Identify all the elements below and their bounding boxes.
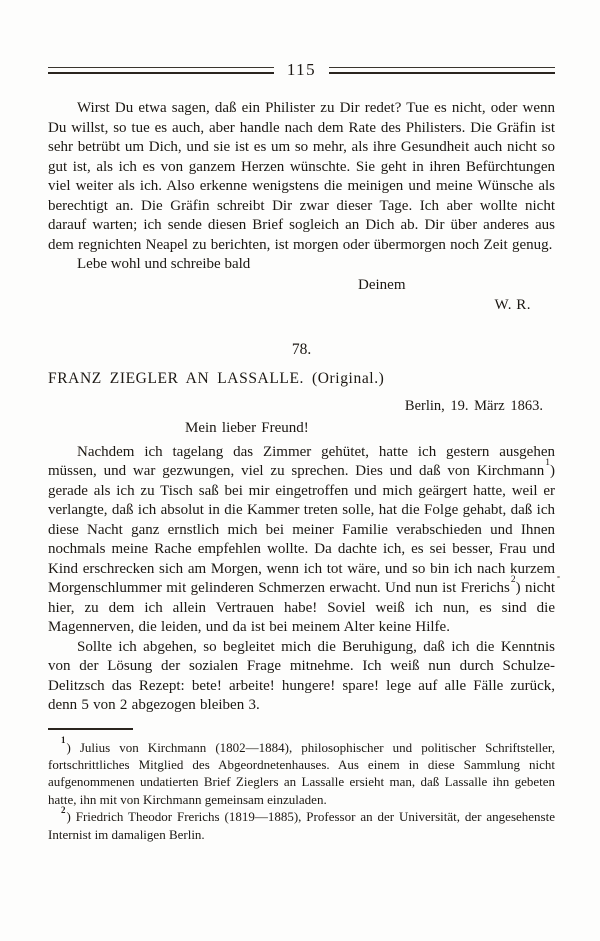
letter-heading: FRANZ ZIEGLER AN LASSALLE. (Original.): [48, 368, 555, 389]
footnote-1: 1) Julius von Kirchmann (1802—1884), phi…: [48, 739, 555, 809]
paragraph-text: Nachdem ich tagelang das Zimmer gehütet,…: [48, 444, 555, 480]
footnote-text: ) Friedrich Theodor Frerichs (1819—1885)…: [48, 809, 555, 841]
footnote-reference-2: 2: [511, 575, 516, 585]
valediction: Deinem: [48, 276, 555, 296]
footnote-text: ) Julius von Kirchmann (1802—1884), phil…: [48, 740, 555, 807]
page-number: 115: [287, 61, 316, 78]
paragraph-text: ) gerade als ich zu Tisch saß bei mir ei…: [48, 463, 555, 596]
footnote-marker-1: 1: [61, 735, 66, 745]
salutation: Mein lieber Freund!: [48, 419, 555, 439]
footnote-reference-1: 1: [545, 458, 550, 468]
head-rule-right: [329, 67, 555, 74]
letter-78-paragraph-2: Sollte ich abgehen, so begleitet mich di…: [48, 638, 555, 716]
footnote-marker-2: 2: [61, 805, 66, 815]
letter-77-paragraph: Wirst Du etwa sagen, daß ein Philister z…: [48, 99, 555, 255]
letter-78-paragraph-1: Nachdem ich tagelang das Zimmer gehütet,…: [48, 443, 555, 638]
footnote-2: 2) Friedrich Theodor Frerichs (1819—1885…: [48, 808, 555, 843]
closing-line: Lebe wohl und schreibe bald: [48, 255, 555, 275]
letter-77-ending: Wirst Du etwa sagen, daß ein Philister z…: [48, 99, 555, 316]
dateline: Berlin, 19. März 1863.: [48, 397, 555, 416]
book-page: 115 Wirst Du etwa sagen, daß ein Philist…: [0, 0, 600, 941]
letter-number: 78.: [48, 340, 555, 360]
running-head: 115: [48, 62, 555, 79]
signature-initials: W. R.: [48, 296, 555, 316]
footnote-divider: [48, 728, 133, 730]
footnotes: 1) Julius von Kirchmann (1802—1884), phi…: [48, 728, 555, 843]
head-rule-left: [48, 67, 274, 74]
letter-78: 78. FRANZ ZIEGLER AN LASSALLE. (Original…: [48, 340, 555, 716]
scan-speck: [557, 576, 560, 578]
